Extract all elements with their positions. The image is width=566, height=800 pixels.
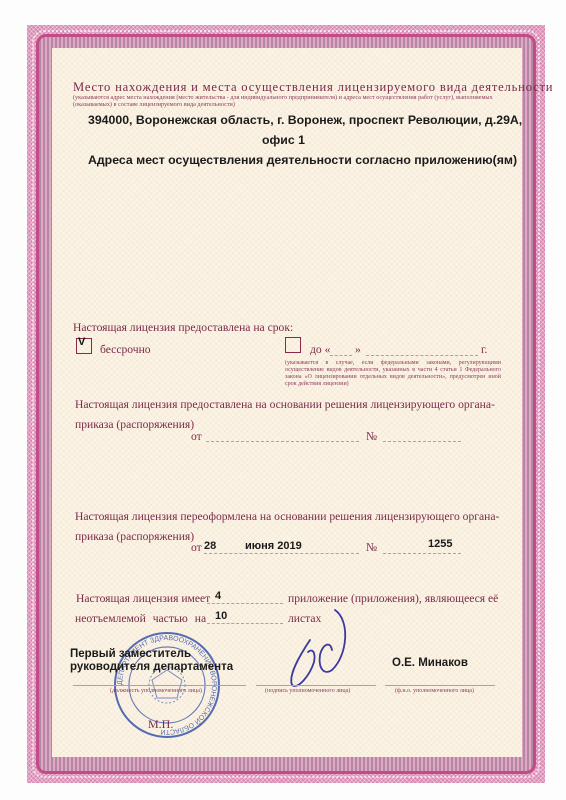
reissued-day: 28	[204, 540, 216, 552]
section-hint: (указываются адрес места нахождения (мес…	[73, 94, 513, 109]
reissued-line-1: Настоящая лицензия переоформлена на осно…	[75, 510, 499, 523]
signature-field	[256, 685, 376, 686]
until-suffix: г.	[481, 343, 487, 356]
until-month-year-field[interactable]	[366, 355, 478, 356]
reissued-from-label: от	[191, 541, 202, 554]
name-hint: (ф.и.о. уполномоченного лица)	[395, 688, 474, 694]
unlimited-label: бессрочно	[100, 343, 151, 356]
reissued-number: 1255	[428, 538, 452, 550]
appendix-count: 4	[215, 590, 221, 602]
signer-position-line-1: Первый заместитель	[70, 648, 191, 660]
until-day-field[interactable]	[330, 355, 352, 356]
name-field	[385, 685, 495, 686]
granted-number-field[interactable]	[383, 441, 461, 442]
appendix-has-label: Настоящая лицензия имеет	[76, 592, 210, 605]
granted-date-field[interactable]	[206, 441, 359, 442]
signer-position-line-2: руководителя департамента	[70, 661, 233, 673]
address-line-1: 394000, Воронежская область, г. Воронеж,…	[88, 113, 522, 127]
section-title: Место нахождения и места осуществления л…	[73, 80, 553, 95]
reissued-number-label: №	[366, 541, 377, 554]
appendix-sheets-field[interactable]	[207, 623, 283, 624]
term-label: Настоящая лицензия предоставлена на срок…	[73, 321, 293, 334]
addresses-note: Адреса мест осуществления деятельности с…	[88, 153, 517, 167]
reissued-month-year: июня 2019	[245, 540, 302, 552]
signature-icon	[280, 600, 360, 690]
reissued-line-2: приказа (распоряжения)	[75, 530, 194, 543]
granted-number-label: №	[366, 430, 377, 443]
granted-line-2: приказа (распоряжения)	[75, 418, 194, 431]
check-mark-icon: V	[78, 336, 85, 348]
reissued-number-field[interactable]	[383, 553, 461, 554]
granted-from-label: от	[191, 430, 202, 443]
position-field	[73, 685, 246, 686]
until-prefix: до «	[310, 343, 330, 356]
until-mid: »	[355, 343, 361, 356]
granted-line-1: Настоящая лицензия предоставлена на осно…	[75, 398, 495, 411]
reissued-date-field[interactable]	[204, 553, 359, 554]
appendix-integral-label: неотъемлемой частью на	[75, 612, 206, 625]
appendix-sheets: 10	[215, 610, 227, 622]
signer-name: О.Е. Минаков	[392, 657, 468, 669]
address-line-2: офис 1	[262, 133, 305, 147]
unlimited-checkbox[interactable]: V	[76, 338, 92, 354]
until-date-checkbox[interactable]	[285, 337, 301, 353]
position-hint: (должность уполномоченного лица)	[110, 688, 202, 694]
signature-hint: (подпись уполномоченного лица)	[265, 688, 350, 694]
until-hint: (указывается в случае, если федеральными…	[285, 360, 501, 388]
stamp-place-label: М.П.	[148, 717, 173, 732]
appendix-count-field[interactable]	[207, 603, 283, 604]
